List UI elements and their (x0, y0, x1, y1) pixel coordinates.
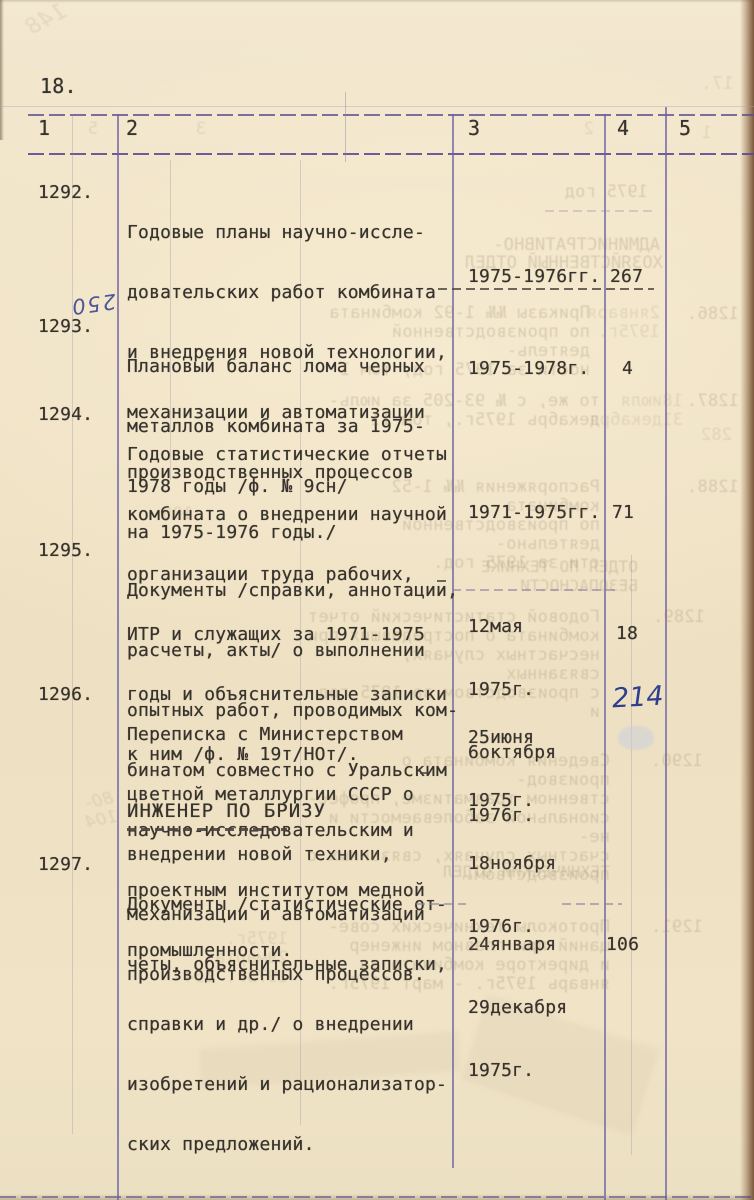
eraser-smudge (618, 726, 654, 750)
column-header-4: 4 (617, 118, 629, 138)
bleedthrough-dashes (545, 210, 653, 212)
mirrored-header-digit: 1 (694, 124, 712, 143)
column-header-1: 1 (38, 118, 50, 138)
row-number: 1294. (38, 405, 93, 425)
archival-inventory-page: 148 18. 17. 1 2 3 4 5 5 3 2 1 1292. Годо… (0, 0, 754, 1200)
header-rule-bottom (28, 153, 754, 155)
paper-edge-top (0, 0, 754, 3)
bleedthrough-text: то же, с № 93-205 за июль- декабрь 1975г… (300, 392, 600, 430)
bleedthrough-text: ТЕХНИЧЕСКИЙ ОТДЕЛ (440, 862, 610, 881)
column-rule-3 (604, 114, 606, 1200)
paper-edge-left (0, 0, 4, 140)
bleedthrough-text: 1290. (648, 752, 703, 771)
bleed-rule-3 (345, 92, 346, 162)
row-count: 71 (612, 503, 634, 523)
mirrored-page-number: 17. (688, 74, 734, 93)
header-rule-thin (0, 106, 754, 107)
bleedthrough-text: Приказы №№ 1-92 комбината по производств… (300, 304, 590, 380)
underline-dashes (562, 903, 622, 905)
corner-pencil-mark: 148 (16, 1, 69, 41)
bleed-rule-4 (631, 555, 632, 1155)
column-header-3: 3 (468, 118, 480, 138)
bleedthrough-text: 109 (148, 505, 193, 524)
paper-edge-right (740, 0, 754, 1200)
underline-dashes (416, 903, 466, 905)
handwritten-mark: 250 (69, 289, 118, 319)
row-count: 106 (606, 935, 639, 955)
handwritten-count: 214 (611, 681, 664, 715)
bleedthrough-text: 2января 1975г. (580, 304, 660, 342)
section-header: ИНЖЕНЕР ПО БРИЗУ (127, 801, 326, 821)
bleedthrough-text: 18июля 31декабря (588, 392, 683, 430)
row-number: 1296. (38, 685, 93, 705)
column-rule-faint-left (72, 114, 73, 1134)
bleedthrough-text: Годовой статистический отчет комбината о… (300, 608, 600, 722)
row-number: 1293. (38, 317, 93, 337)
bleedthrough-text: Протоколы технических сове- щаний при гл… (290, 918, 610, 994)
row-number: 1292. (38, 183, 93, 203)
section-header-underline (127, 828, 287, 831)
row-number: 1295. (38, 541, 93, 561)
row-description: Документы /статистические от- четы, объя… (127, 855, 447, 1195)
bleedthrough-text: 1287. (684, 392, 739, 411)
bleedthrough-text: 1975 год (548, 183, 648, 202)
column-rule-4 (665, 107, 667, 1200)
row-count: 4 (622, 359, 633, 379)
mirrored-header-digit: 2 (576, 120, 594, 139)
bleedthrough-text: ОТДЕЛ ПО ТЕХНИКЕ БЕЗОПАСНОСТИ (438, 557, 638, 595)
column-header-5: 5 (679, 118, 691, 138)
bleedthrough-text: 1286. (684, 305, 739, 324)
bleedthrough-text: 1288. (684, 478, 739, 497)
bleedthrough-text: 1289. (650, 608, 705, 627)
bottom-rule (0, 1196, 754, 1198)
bleedthrough-text: 1975г. 29марта 1975г. 154 (178, 930, 288, 987)
bleedthrough-text: 1291. (648, 918, 703, 937)
mirrored-header-digit: 3 (188, 120, 206, 139)
row-count: 18 (616, 624, 638, 644)
bleedthrough-pencil: 80-104 (53, 789, 120, 839)
underline-dashes (438, 288, 654, 290)
bleedthrough-text: 282 (692, 426, 732, 445)
page-number: 18. (40, 76, 77, 96)
column-header-2: 2 (126, 118, 138, 138)
row-number: 1297. (38, 855, 93, 875)
bleedthrough-text: ХОЗЯЙСТВЕННЫЙ ОТДЕЛ (438, 254, 663, 273)
mirrored-header-digit: 5 (80, 120, 98, 139)
column-rule-1 (117, 114, 119, 1200)
